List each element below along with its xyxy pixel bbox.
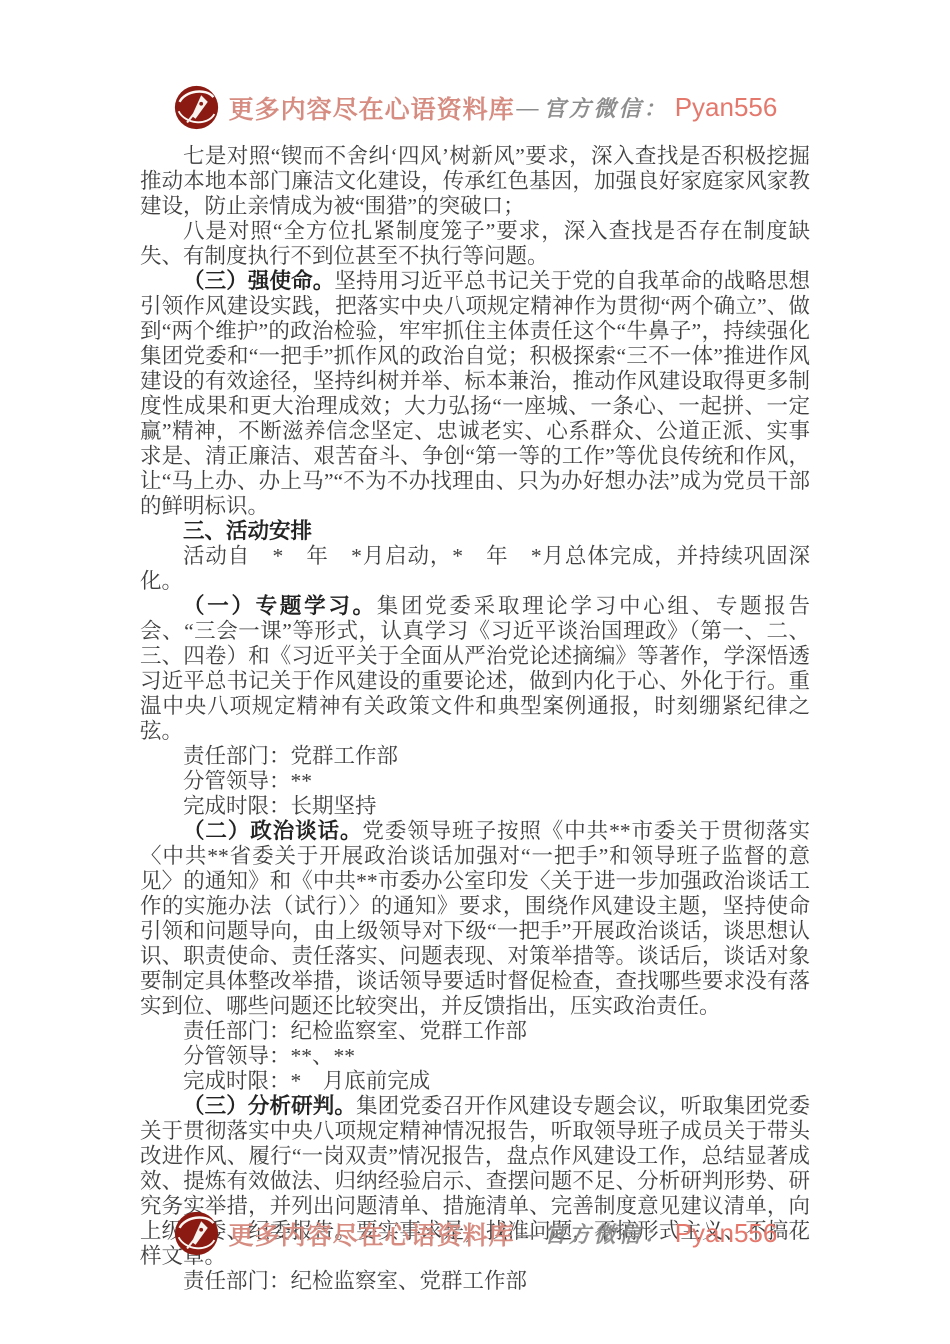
document-body: 七是对照“锲而不舍纠‘四风’树新风”要求，深入查找是否积极挖掘推动本地本部门廉洁… <box>140 144 810 1294</box>
watermark-title: 更多内容尽在心语资料库 <box>229 90 515 126</box>
text-run: 党委领导班子按照《中共**市委关于贯彻落实〈中共**省委关于开展政治谈话加强对“… <box>140 819 810 1018</box>
paragraph: 责任部门：纪检监察室、党群工作部 <box>140 1269 810 1294</box>
paragraph: 分管领导：**、** <box>140 1044 810 1069</box>
text-run: 完成时限：长期坚持 <box>183 794 377 818</box>
text-run: 责任部门：纪检监察室、党群工作部 <box>183 1019 527 1043</box>
watermark-header: 更多内容尽在心语资料库 — 官方微信： Pyan556 <box>0 0 950 131</box>
paragraph: （一）专题学习。集团党委采取理论学习中心组、专题报告会、“三会一课”等形式，认真… <box>140 594 810 744</box>
bold-text-run: （三）分析研判。 <box>183 1094 356 1118</box>
text-run: 八是对照“全方位扎紧制度笼子”要求，深入查找是否存在制度缺失、有制度执行不到位甚… <box>140 219 810 268</box>
paragraph: 活动自 * 年 *月启动，* 年 *月总体完成，并持续巩固深化。 <box>140 544 810 594</box>
watermark-wechat-label: 官方微信： <box>544 92 669 123</box>
pen-nib-circle-icon <box>173 84 220 131</box>
text-run: 活动自 * 年 *月启动，* 年 *月总体完成，并持续巩固深化。 <box>140 544 810 593</box>
watermark-footer: 更多内容尽在心语资料库 — 官方微信： Pyan556 <box>0 1210 950 1257</box>
paragraph: （三）强使命。坚持用习近平总书记关于党的自我革命的战略思想引领作风建设实践，把落… <box>140 269 810 519</box>
paragraph: 七是对照“锲而不舍纠‘四风’树新风”要求，深入查找是否积极挖掘推动本地本部门廉洁… <box>140 144 810 219</box>
paragraph: 完成时限：* 月底前完成 <box>140 1069 810 1094</box>
paragraph: 分管领导：** <box>140 769 810 794</box>
watermark-wechat-label: 官方微信： <box>544 1218 669 1249</box>
text-run: 七是对照“锲而不舍纠‘四风’树新风”要求，深入查找是否积极挖掘推动本地本部门廉洁… <box>140 144 810 218</box>
text-run: 完成时限：* 月底前完成 <box>183 1069 430 1093</box>
pen-nib-circle-icon <box>173 1210 220 1257</box>
bold-text-run: （二）政治谈话。 <box>183 819 362 843</box>
watermark-dash: — <box>517 95 542 121</box>
paragraph: （二）政治谈话。党委领导班子按照《中共**市委关于贯彻落实〈中共**省委关于开展… <box>140 819 810 1019</box>
paragraph: 责任部门：纪检监察室、党群工作部 <box>140 1019 810 1044</box>
bold-text-run: 三、活动安排 <box>183 519 312 543</box>
document-page: { "watermark": { "logo_icon": "pen-nib-c… <box>0 0 950 1344</box>
bold-text-run: （三）强使命。 <box>183 269 334 293</box>
bold-text-run: （一）专题学习。 <box>183 594 377 618</box>
text-run: 坚持用习近平总书记关于党的自我革命的战略思想引领作风建设实践，把落实中央八项规定… <box>140 269 810 518</box>
text-run: 分管领导：** <box>183 769 312 793</box>
text-run: 责任部门：纪检监察室、党群工作部 <box>183 1269 527 1293</box>
text-run: 分管领导：**、** <box>183 1044 355 1068</box>
section-heading: 三、活动安排 <box>140 519 810 544</box>
paragraph: 责任部门：党群工作部 <box>140 744 810 769</box>
watermark-wechat-id: Pyan556 <box>675 92 778 123</box>
watermark-dash: — <box>517 1221 542 1247</box>
watermark-wechat-id: Pyan556 <box>675 1218 778 1249</box>
paragraph: 完成时限：长期坚持 <box>140 794 810 819</box>
text-run: 责任部门：党群工作部 <box>183 744 398 768</box>
paragraph: 八是对照“全方位扎紧制度笼子”要求，深入查找是否存在制度缺失、有制度执行不到位甚… <box>140 219 810 269</box>
watermark-title: 更多内容尽在心语资料库 <box>229 1216 515 1252</box>
